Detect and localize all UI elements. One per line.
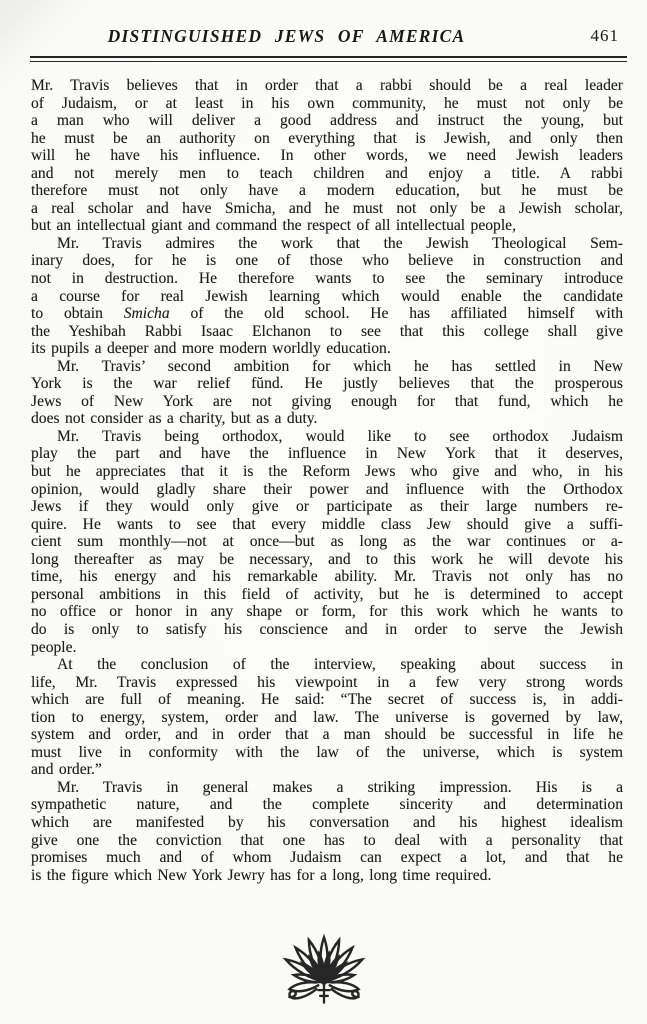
text-line: long thereafter as may be necessary, and… xyxy=(31,551,623,569)
text-line: will he have his influence. In other wor… xyxy=(31,147,623,165)
text-line: must live in conformity with the law of … xyxy=(31,744,623,762)
text-line: a real scholar and have Smicha, and he m… xyxy=(31,200,623,218)
fleuron-icon xyxy=(276,922,372,1018)
text-line: tion to energy, system, order and law. T… xyxy=(31,709,623,727)
text-line: Jews of New York are not giving enough f… xyxy=(31,393,623,411)
text-line: time, his energy and his remarkable abil… xyxy=(31,568,623,586)
fleuron-ornament xyxy=(276,922,372,1018)
text-line: he must be an authority on everything th… xyxy=(31,130,623,148)
text-line: quire. He wants to see that every middle… xyxy=(31,516,623,534)
text-line: cient sum monthly—not at once—but as lon… xyxy=(31,533,623,551)
page-number: 461 xyxy=(591,26,620,46)
text-line: sympathetic nature, and the complete sin… xyxy=(31,796,623,814)
text-line: to obtain Smicha of the old school. He h… xyxy=(31,305,623,323)
text-line: Mr. Travis admires the work that the Jew… xyxy=(31,235,623,253)
text-line: inary does, for he is one of those who b… xyxy=(31,252,623,270)
text-line: Mr. Travis being orthodox, would like to… xyxy=(31,428,623,446)
text-line: and order.” xyxy=(31,761,623,779)
page-header: DISTINGUISHED JEWS OF AMERICA 461 xyxy=(30,26,623,52)
text-line: people. xyxy=(31,639,623,657)
text-line: York is the war relief fŭnd. He justly b… xyxy=(31,375,623,393)
text-line: system and order, and in order that a ma… xyxy=(31,726,623,744)
text-line: promises much and of whom Judaism can ex… xyxy=(31,849,623,867)
header-double-rule xyxy=(30,56,627,62)
text-line: personal ambitions in this field of acti… xyxy=(31,586,623,604)
running-head-title: DISTINGUISHED JEWS OF AMERICA xyxy=(30,26,543,47)
text-line: Mr. Travis in general makes a striking i… xyxy=(31,779,623,797)
text-line: Mr. Travis’ second ambition for which he… xyxy=(31,358,623,376)
text-line: a man who will deliver a good address an… xyxy=(31,112,623,130)
text-line: of Judaism, or at least in his own commu… xyxy=(31,95,623,113)
body-text-block: Mr. Travis believes that in order that a… xyxy=(31,77,623,884)
text-line: a course for real Jewish learning which … xyxy=(31,288,623,306)
text-line: do is only to satisfy his conscience and… xyxy=(31,621,623,639)
text-line: its pupils a deeper and more modern worl… xyxy=(31,340,623,358)
text-line: Jews if they would only give or particip… xyxy=(31,498,623,516)
text-line: Mr. Travis believes that in order that a… xyxy=(31,77,623,95)
text-line: but an intellectual giant and command th… xyxy=(31,217,623,235)
text-line: but he appreciates that it is the Reform… xyxy=(31,463,623,481)
paragraph: At the conclusion of the interview, spea… xyxy=(31,656,623,779)
book-page: DISTINGUISHED JEWS OF AMERICA 461 Mr. Tr… xyxy=(0,0,647,1024)
text-line: which are full of meaning. He said: “The… xyxy=(31,691,623,709)
text-line: not in destruction. He therefore wants t… xyxy=(31,270,623,288)
text-line: is the figure which New York Jewry has f… xyxy=(31,867,623,885)
text-line: and not merely men to teach children and… xyxy=(31,165,623,183)
text-line: opinion, would gladly share their power … xyxy=(31,481,623,499)
text-line: life, Mr. Travis expressed his viewpoint… xyxy=(31,674,623,692)
paragraph: Mr. Travis’ second ambition for which he… xyxy=(31,358,623,428)
text-line: the Yeshibah Rabbi Isaac Elchanon to see… xyxy=(31,323,623,341)
text-line: which are manifested by his conversation… xyxy=(31,814,623,832)
paragraph: Mr. Travis in general makes a striking i… xyxy=(31,779,623,884)
paragraph: Mr. Travis being orthodox, would like to… xyxy=(31,428,623,656)
text-line: therefore must not only have a modern ed… xyxy=(31,182,623,200)
paragraph: Mr. Travis admires the work that the Jew… xyxy=(31,235,623,358)
text-line: give one the conviction that one has to … xyxy=(31,832,623,850)
text-line: At the conclusion of the interview, spea… xyxy=(31,656,623,674)
text-line: does not consider as a charity, but as a… xyxy=(31,410,623,428)
text-line: play the part and have the influence in … xyxy=(31,445,623,463)
paragraph: Mr. Travis believes that in order that a… xyxy=(31,77,623,235)
text-line: no office or honor in any shape or form,… xyxy=(31,603,623,621)
